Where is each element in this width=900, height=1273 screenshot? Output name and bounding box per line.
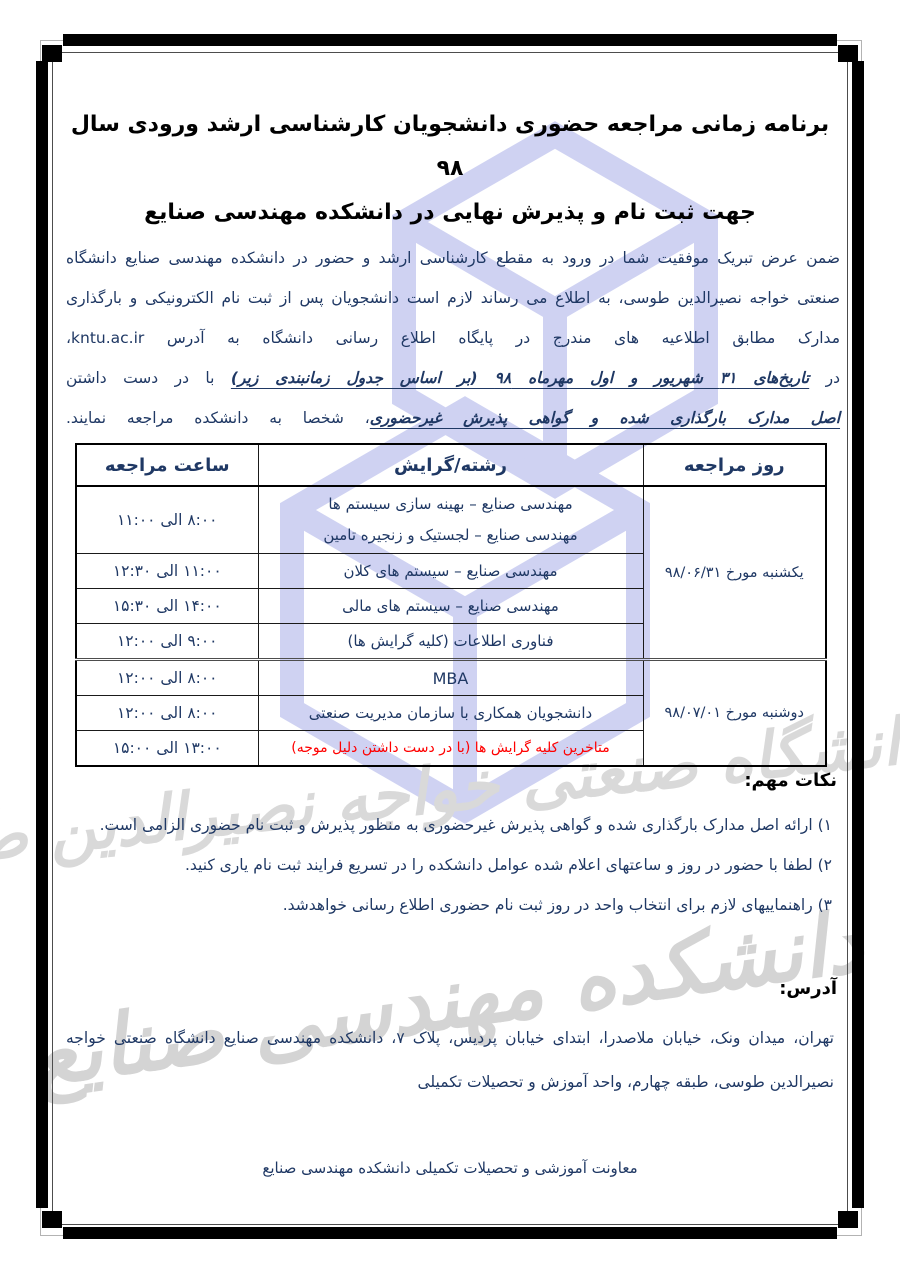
column-header-time: ساعت مراجعه bbox=[76, 444, 258, 486]
intro-line-4-post: با در دست داشتن bbox=[66, 369, 214, 387]
intro-dates-emphasis: تاریخ‌های ۳۱ شهریور و اول مهرماه ۹۸ (بر … bbox=[231, 369, 809, 387]
content-layer: برنامه زمانی مراجعه حضوری دانشجویان کارش… bbox=[0, 0, 900, 1273]
document-page: دانشگاه صنعتی خواجه نصیرالدین طوسی دانشک… bbox=[0, 0, 900, 1273]
table-row: دوشنبه مورخ ۹۸/۰۷/۰۱ MBA ۸:۰۰ الی ۱۲:۰۰ bbox=[76, 660, 826, 696]
intro-line-2: صنعتی خواجه نصیرالدین طوسی، به اطلاع می … bbox=[66, 278, 840, 318]
time-cell: ۱۱:۰۰ الی ۱۲:۳۰ bbox=[76, 554, 258, 589]
field-cell: MBA bbox=[258, 660, 643, 696]
intro-line-3: مدارک مطابق اطلاعیه های مندرج در پایگاه … bbox=[66, 318, 840, 358]
field-cell: دانشجویان همکاری با سازمان مدیریت صنعتی bbox=[258, 696, 643, 731]
intro-line-5-post: ، شخصا به دانشکده مراجعه نمایند. bbox=[66, 409, 370, 427]
time-cell: ۸:۰۰ الی ۱۲:۰۰ bbox=[76, 696, 258, 731]
address-text: تهران، میدان ونک، خیابان ملاصدرا، ابتدای… bbox=[66, 1016, 834, 1104]
field-cell: مهندسی صنایع – بهینه سازی سیستم ها مهندس… bbox=[258, 486, 643, 554]
time-cell: ۹:۰۰ الی ۱۲:۰۰ bbox=[76, 624, 258, 660]
time-cell: ۸:۰۰ الی ۱۱:۰۰ bbox=[76, 486, 258, 554]
field-cell: مهندسی صنایع – سیستم های کلان bbox=[258, 554, 643, 589]
notes-heading: نکات مهم: bbox=[63, 762, 837, 800]
intro-line-4-pre: در bbox=[826, 369, 840, 387]
time-cell: ۸:۰۰ الی ۱۲:۰۰ bbox=[76, 660, 258, 696]
intro-documents-emphasis: اصل مدارک بارگذاری شده و گواهی پذیرش غیر… bbox=[370, 409, 840, 427]
field-line-1: مهندسی صنایع – بهینه سازی سیستم ها bbox=[263, 489, 639, 520]
note-item-1: ۱) ارائه اصل مدارک بارگذاری شده و گواهی … bbox=[62, 805, 832, 845]
field-cell: فناوری اطلاعات (کلیه گرایش ها) bbox=[258, 624, 643, 660]
note-item-2: ۲) لطفا با حضور در روز و ساعتهای اعلام ش… bbox=[62, 845, 832, 885]
note-item-3: ۳) راهنماییهای لازم برای انتخاب واحد در … bbox=[62, 885, 832, 925]
intro-paragraph: ضمن عرض تبریک موفقیت شما در ورود به مقطع… bbox=[66, 238, 840, 438]
column-header-day: روز مراجعه bbox=[643, 444, 826, 486]
day-cell-monday: دوشنبه مورخ ۹۸/۰۷/۰۱ bbox=[643, 660, 826, 767]
table-row: یکشنبه مورخ ۹۸/۰۶/۳۱ مهندسی صنایع – بهین… bbox=[76, 486, 826, 554]
kntu-url: kntu.ac.ir bbox=[71, 329, 144, 347]
time-cell: ۱۳:۰۰ الی ۱۵:۰۰ bbox=[76, 731, 258, 767]
title-line-2: جهت ثبت نام و پذیرش نهایی در دانشکده مهن… bbox=[63, 191, 837, 235]
field-cell: مهندسی صنایع – سیستم های مالی bbox=[258, 589, 643, 624]
day-cell-sunday: یکشنبه مورخ ۹۸/۰۶/۳۱ bbox=[643, 486, 826, 660]
column-header-field: رشته/گرایش bbox=[258, 444, 643, 486]
document-title: برنامه زمانی مراجعه حضوری دانشجویان کارش… bbox=[63, 103, 837, 235]
field-cell-latecomers: متاخرین کلیه گرایش ها (با در دست داشتن د… bbox=[258, 731, 643, 767]
time-cell: ۱۴:۰۰ الی ۱۵:۳۰ bbox=[76, 589, 258, 624]
intro-line-1: ضمن عرض تبریک موفقیت شما در ورود به مقطع… bbox=[66, 238, 840, 278]
title-line-1: برنامه زمانی مراجعه حضوری دانشجویان کارش… bbox=[63, 103, 837, 191]
footer-signature: معاونت آموزشی و تحصیلات تکمیلی دانشکده م… bbox=[63, 1150, 837, 1186]
table-header-row: روز مراجعه رشته/گرایش ساعت مراجعه bbox=[76, 444, 826, 486]
notes-list: ۱) ارائه اصل مدارک بارگذاری شده و گواهی … bbox=[62, 805, 832, 925]
intro-line-5: اصل مدارک بارگذاری شده و گواهی پذیرش غیر… bbox=[66, 398, 840, 438]
schedule-table: روز مراجعه رشته/گرایش ساعت مراجعه یکشنبه… bbox=[75, 443, 827, 767]
intro-line-3-text: مدارک مطابق اطلاعیه های مندرج در پایگاه … bbox=[167, 329, 840, 347]
address-heading: آدرس: bbox=[63, 970, 837, 1008]
intro-line-4: در تاریخ‌های ۳۱ شهریور و اول مهرماه ۹۸ (… bbox=[66, 358, 840, 398]
field-line-2: مهندسی صنایع – لجستیک و زنجیره تامین bbox=[263, 520, 639, 551]
